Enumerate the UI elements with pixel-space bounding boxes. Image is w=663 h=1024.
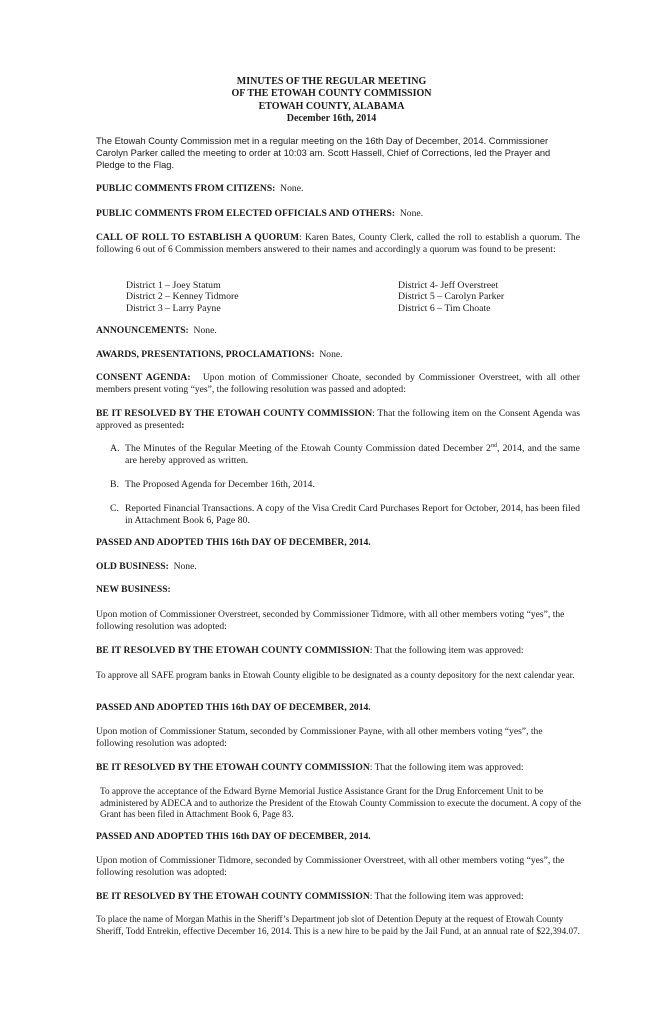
announcements: ANNOUNCEMENTS: None. bbox=[96, 325, 580, 337]
member-district-3: District 3 – Larry Payne bbox=[126, 303, 239, 314]
section-heading: CONSENT AGENDA: bbox=[96, 372, 191, 383]
motion-1-item: To approve all SAFE program banks in Eto… bbox=[96, 669, 580, 681]
member-district-4: District 4- Jeff Overstreet bbox=[398, 280, 504, 291]
section-heading: PUBLIC COMMENTS FROM CITIZENS: bbox=[96, 183, 275, 194]
resolved-text: : That the following item was approved: bbox=[370, 762, 524, 773]
motion-1-passed: PASSED AND ADOPTED THIS 16th DAY OF DECE… bbox=[96, 702, 580, 714]
motion-1-resolved: BE IT RESOLVED BY THE ETOWAH COUNTY COMM… bbox=[96, 645, 580, 657]
item-letter: C. bbox=[110, 503, 119, 515]
member-district-5: District 5 – Carolyn Parker bbox=[398, 291, 504, 302]
motion-3-resolved: BE IT RESOLVED BY THE ETOWAH COUNTY COMM… bbox=[96, 891, 580, 903]
item-text: The Proposed Agenda for December 16th, 2… bbox=[125, 479, 580, 491]
document-title: MINUTES OF THE REGULAR MEETING OF THE ET… bbox=[0, 76, 663, 125]
commission-members: District 1 – Joey Statum District 2 – Ke… bbox=[126, 280, 566, 316]
section-text: None. bbox=[280, 183, 303, 194]
resolved-text: : That the following item was approved: bbox=[370, 645, 524, 656]
consent-passed: PASSED AND ADOPTED THIS 16th DAY OF DECE… bbox=[96, 537, 580, 549]
member-district-2: District 2 – Kenney Tidmore bbox=[126, 291, 239, 302]
section-text: None. bbox=[319, 349, 342, 360]
title-line-2: OF THE ETOWAH COUNTY COMMISSION bbox=[0, 88, 663, 100]
motion-2-item: To approve the acceptance of the Edward … bbox=[100, 786, 584, 821]
resolved-heading: BE IT RESOLVED BY THE ETOWAH COUNTY COMM… bbox=[96, 891, 370, 902]
minutes-page: MINUTES OF THE REGULAR MEETING OF THE ET… bbox=[0, 0, 663, 1024]
roll-call-paragraph: CALL OF ROLL TO ESTABLISH A QUORUM: Kare… bbox=[96, 232, 580, 256]
new-business-heading: NEW BUSINESS: bbox=[96, 584, 580, 596]
item-text-part: The Minutes of the Regular Meeting of th… bbox=[125, 443, 491, 454]
resolved-heading: BE IT RESOLVED BY THE ETOWAH COUNTY COMM… bbox=[96, 762, 370, 773]
motion-3: Upon motion of Commissioner Tidmore, sec… bbox=[96, 855, 580, 879]
section-text: None. bbox=[194, 325, 217, 336]
title-line-1: MINUTES OF THE REGULAR MEETING bbox=[0, 76, 663, 88]
item-text: The Minutes of the Regular Meeting of th… bbox=[125, 443, 580, 467]
resolved-heading: BE IT RESOLVED BY THE ETOWAH COUNTY COMM… bbox=[96, 645, 370, 656]
section-text: None. bbox=[174, 561, 197, 572]
consent-item-b: B. The Proposed Agenda for December 16th… bbox=[110, 479, 580, 491]
members-right-column: District 4- Jeff Overstreet District 5 –… bbox=[398, 280, 504, 314]
title-date: December 16th, 2014 bbox=[0, 113, 663, 125]
motion-2: Upon motion of Commissioner Statum, seco… bbox=[96, 726, 580, 750]
motion-1: Upon motion of Commissioner Overstreet, … bbox=[96, 609, 580, 633]
intro-paragraph: The Etowah County Commission met in a re… bbox=[96, 135, 580, 171]
motion-2-resolved: BE IT RESOLVED BY THE ETOWAH COUNTY COMM… bbox=[96, 762, 580, 774]
resolved-text: : That the following item was approved: bbox=[370, 891, 524, 902]
awards: AWARDS, PRESENTATIONS, PROCLAMATIONS: No… bbox=[96, 349, 580, 361]
motion-2-passed: PASSED AND ADOPTED THIS 16th DAY OF DECE… bbox=[96, 831, 580, 843]
member-district-1: District 1 – Joey Statum bbox=[126, 280, 239, 291]
consent-item-c: C. Reported Financial Transactions. A co… bbox=[110, 503, 580, 527]
section-text: None. bbox=[400, 208, 423, 219]
resolved-colon: : bbox=[181, 420, 184, 431]
public-comments-citizens: PUBLIC COMMENTS FROM CITIZENS: None. bbox=[96, 183, 580, 195]
section-heading: OLD BUSINESS: bbox=[96, 561, 169, 572]
member-district-6: District 6 – Tim Choate bbox=[398, 303, 504, 314]
item-text: Reported Financial Transactions. A copy … bbox=[125, 503, 580, 527]
old-business: OLD BUSINESS: None. bbox=[96, 561, 580, 573]
resolved-heading: BE IT RESOLVED BY THE ETOWAH COUNTY COMM… bbox=[96, 408, 372, 419]
title-line-3: ETOWAH COUNTY, ALABAMA bbox=[0, 101, 663, 113]
item-letter: B. bbox=[110, 479, 119, 491]
section-heading: CALL OF ROLL TO ESTABLISH A QUORUM bbox=[96, 232, 299, 243]
item-letter: A. bbox=[110, 443, 120, 455]
section-heading: AWARDS, PRESENTATIONS, PROCLAMATIONS: bbox=[96, 349, 315, 360]
consent-agenda: CONSENT AGENDA: Upon motion of Commissio… bbox=[96, 372, 580, 396]
section-heading: PUBLIC COMMENTS FROM ELECTED OFFICIALS A… bbox=[96, 208, 395, 219]
consent-resolved: BE IT RESOLVED BY THE ETOWAH COUNTY COMM… bbox=[96, 408, 580, 432]
section-heading: ANNOUNCEMENTS: bbox=[96, 325, 189, 336]
motion-3-item: To place the name of Morgan Mathis in th… bbox=[96, 914, 580, 937]
public-comments-officials: PUBLIC COMMENTS FROM ELECTED OFFICIALS A… bbox=[96, 208, 580, 220]
members-left-column: District 1 – Joey Statum District 2 – Ke… bbox=[126, 280, 239, 314]
consent-item-a: A. The Minutes of the Regular Meeting of… bbox=[110, 443, 580, 467]
